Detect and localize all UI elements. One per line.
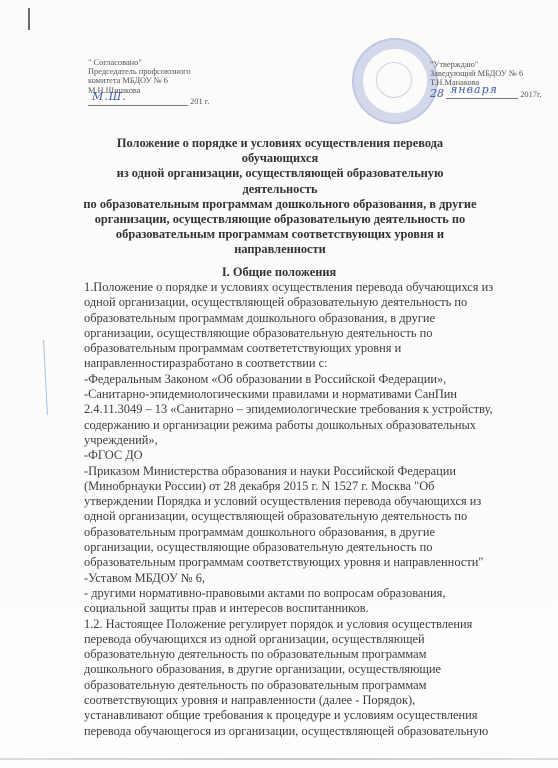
body-line: одной организации, осуществляющей образо… xyxy=(84,509,504,524)
agreed-organization: комитета МБДОУ № 6 xyxy=(88,76,209,85)
approved-position: Заведующий МБДОУ № 6 xyxy=(430,69,542,78)
body-line: образовательную деятельность по образова… xyxy=(84,647,504,662)
body-line: социальной защиты прав и интересов воспи… xyxy=(84,601,504,616)
round-seal-stamp xyxy=(352,38,438,124)
scan-edge-mark xyxy=(28,8,30,30)
agreed-signature-row: М.Ш. 201 г. xyxy=(88,95,209,106)
approved-date-row: 28 января 2017г. xyxy=(430,88,542,99)
title-line: направленности xyxy=(80,242,480,257)
body-line: организации, осуществляющие образователь… xyxy=(84,540,504,555)
body-line: -Уставом МБДОУ № 6, xyxy=(84,571,504,586)
margin-pen-line xyxy=(43,340,48,415)
document-body: 1.Положение о порядке и условиях осущест… xyxy=(84,280,504,739)
body-line: направленностиразработано в соответствии… xyxy=(84,356,504,371)
title-line: Положение о порядке и условиях осуществл… xyxy=(80,136,480,166)
body-line: организации, осуществляющие образователь… xyxy=(84,326,504,341)
body-line: (Минобрнауки России) от 28 декабря 2015 … xyxy=(84,479,504,494)
body-line: 1.Положение о порядке и условиях осущест… xyxy=(84,280,504,295)
body-line: содержанию и организации режима работы д… xyxy=(84,418,504,433)
body-line: образовательным программам соответетству… xyxy=(84,341,504,356)
body-line: утверждении Порядка и условий осуществле… xyxy=(84,494,504,509)
body-line: устанавливают общие требования к процеду… xyxy=(84,708,504,723)
date-line: января xyxy=(446,88,518,99)
body-line: образовательную деятельность по образова… xyxy=(84,678,504,693)
title-line: из одной организации, осуществляющей обр… xyxy=(80,166,480,196)
body-line: -Федеральным Законом «Об образовании в Р… xyxy=(84,372,504,387)
document-title: Положение о порядке и условиях осуществл… xyxy=(80,136,480,258)
body-line: дошкольного образования, в другие органи… xyxy=(84,662,504,677)
approval-block-approved: "Утверждаю" Заведующий МБДОУ № 6 Т.Н.Ман… xyxy=(430,60,542,99)
body-line: -Санитарно-эпидемиологическими правилами… xyxy=(84,387,504,402)
handwritten-signature: М.Ш. xyxy=(92,92,127,101)
body-line: соответствующих уровня и направленности … xyxy=(84,693,504,708)
body-line: - другими нормативно-правовыми актами по… xyxy=(84,586,504,601)
signature-line: М.Ш. xyxy=(88,95,188,106)
title-line: по образовательным программам дошкольног… xyxy=(80,197,480,212)
approval-block-agreed: " Согласовано" Председатель профсоюзного… xyxy=(88,58,209,106)
agreed-position: Председатель профсоюзного xyxy=(88,67,209,76)
body-line: -Приказом Министерства образования и нау… xyxy=(84,464,504,479)
body-line: перевода обучающегося из организации, ос… xyxy=(84,724,504,739)
approved-date-day: 28 xyxy=(430,86,444,99)
body-line: перевода обучающихся из одной организаци… xyxy=(84,632,504,647)
body-line: образовательным программам дошкольного о… xyxy=(84,525,504,540)
body-line: 1.2. Настоящее Положение регулирует поря… xyxy=(84,617,504,632)
approved-date-year: 2017г. xyxy=(520,89,541,98)
agreed-label: " Согласовано" xyxy=(88,58,209,67)
body-line: -ФГОС ДО xyxy=(84,448,504,463)
body-line: учреждений», xyxy=(84,433,504,448)
scan-bottom-edge xyxy=(0,758,558,760)
body-line: 2.4.11.3049 – 13 «Санитарно – эпидемиоло… xyxy=(84,402,504,417)
approved-label: "Утверждаю" xyxy=(430,60,542,69)
agreed-date: 201 г. xyxy=(190,97,209,106)
body-line: одной организации, осуществляющей образо… xyxy=(84,295,504,310)
section-heading: I. Общие положения xyxy=(0,265,558,280)
title-line: образовательным программам соответствующ… xyxy=(80,227,480,242)
body-line: образовательным программам дошкольного о… xyxy=(84,311,504,326)
document-page: " Согласовано" Председатель профсоюзного… xyxy=(0,0,558,768)
body-line: образовательным программам соответствующ… xyxy=(84,555,504,570)
title-line: организации, осуществляющие образователь… xyxy=(80,212,480,227)
approved-date-month: января xyxy=(450,85,498,94)
